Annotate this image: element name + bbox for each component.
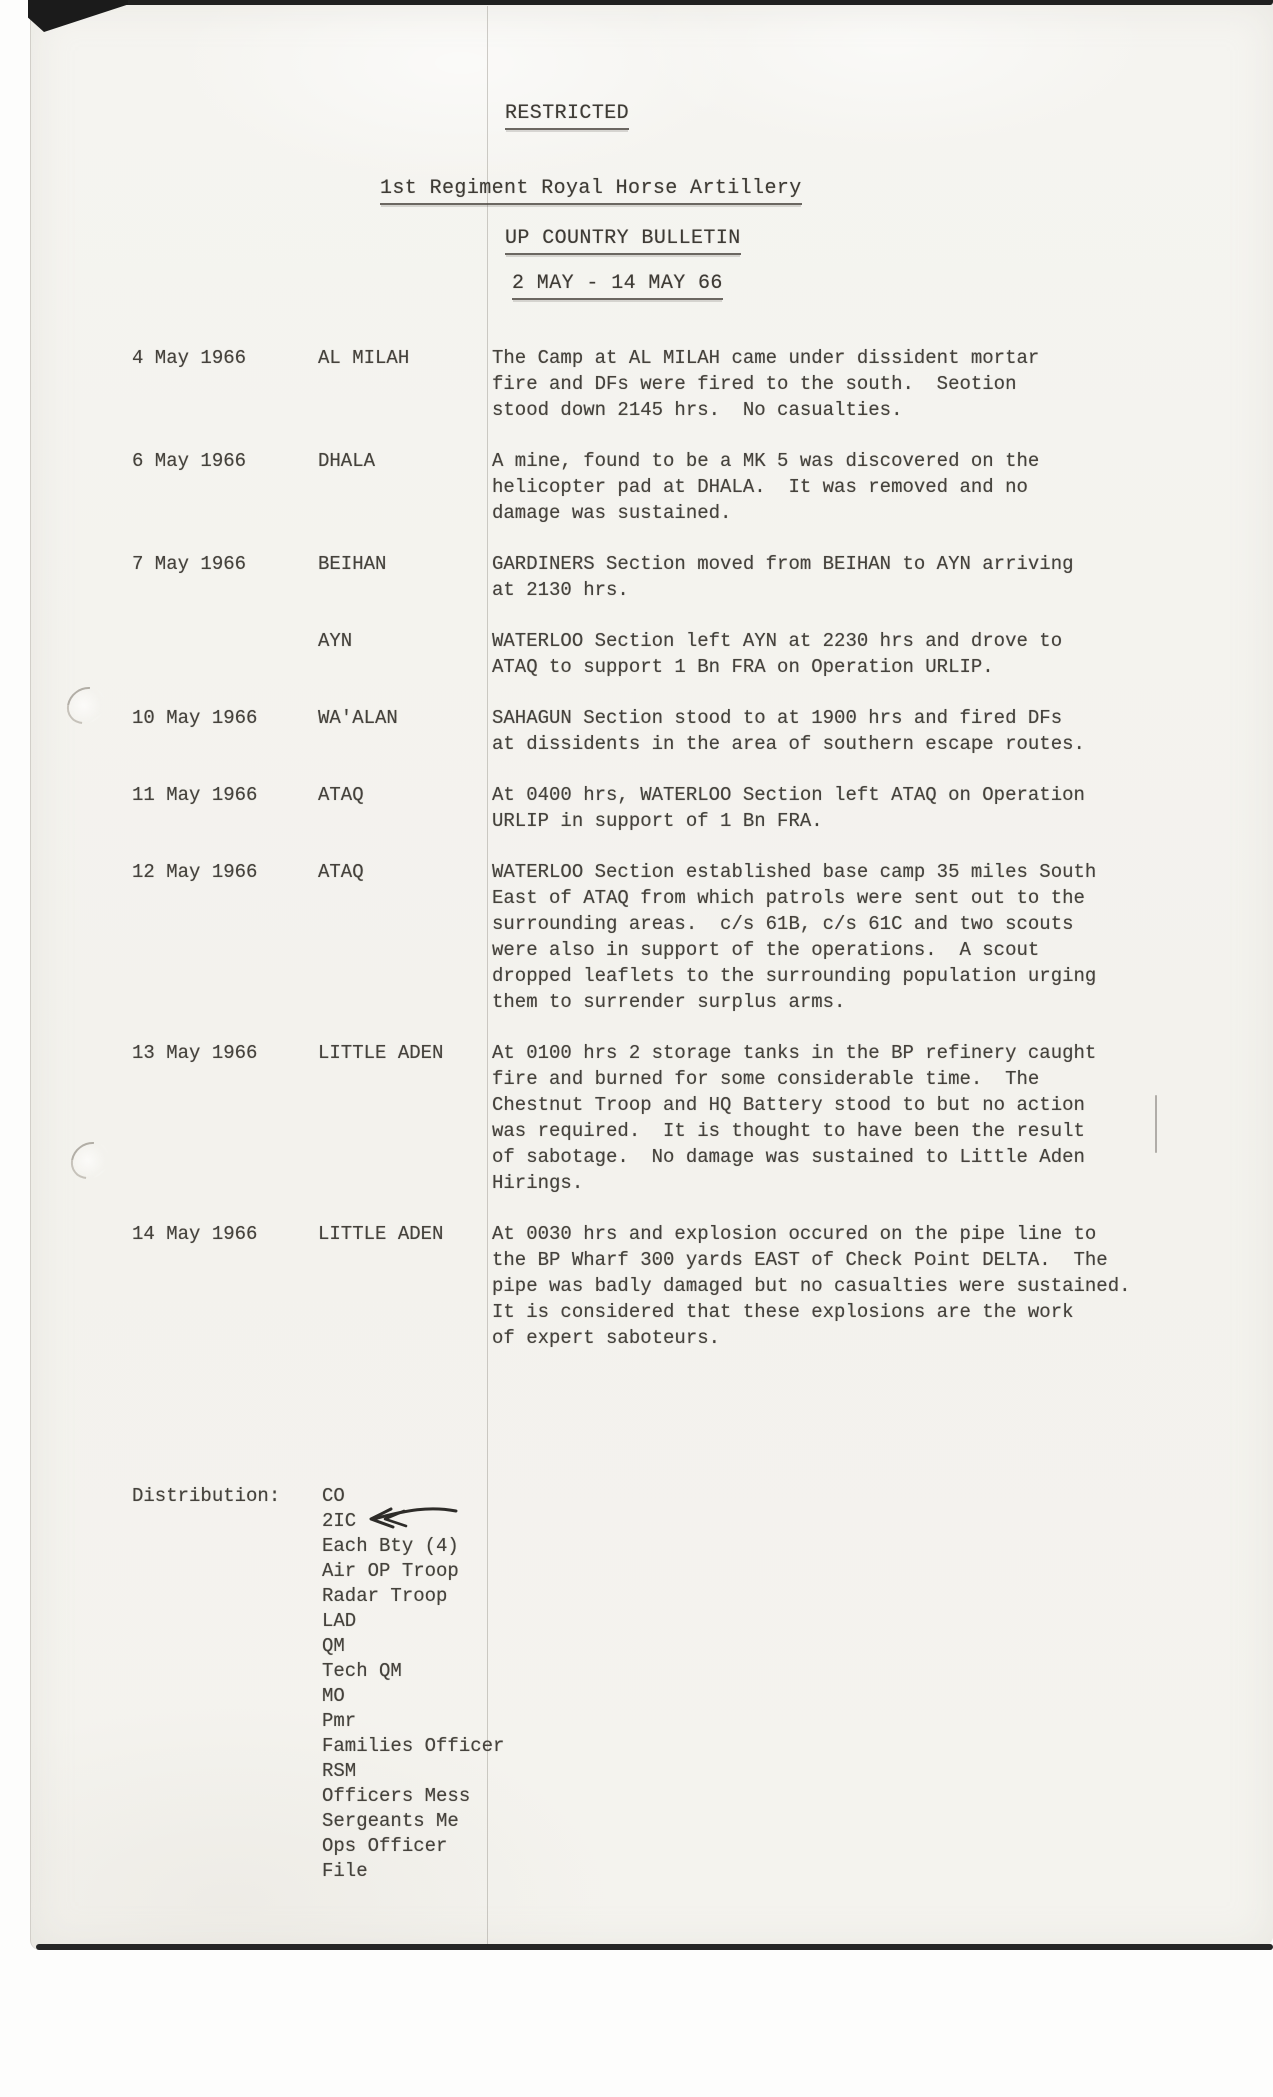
- distribution-item: RSM: [322, 1759, 504, 1784]
- scan-bottom-edge: [36, 1944, 1273, 1950]
- bulletin-entry: 6 May 1966 DHALA A mine, found to be a M…: [132, 448, 1192, 526]
- distribution-label: Distribution:: [132, 1484, 322, 1884]
- entry-date: 14 May 1966: [132, 1221, 318, 1351]
- bulletin-entry: 11 May 1966 ATAQ At 0400 hrs, WATERLOO S…: [132, 782, 1192, 834]
- handwritten-left-arrow-icon: [358, 1502, 462, 1534]
- entry-date: 4 May 1966: [132, 345, 318, 423]
- entry-location: LITTLE ADEN: [318, 1221, 492, 1351]
- entry-text: At 0400 hrs, WATERLOO Section left ATAQ …: [492, 782, 1172, 834]
- distribution-item: Officers Mess: [322, 1784, 504, 1809]
- classification-banner: RESTRICTED: [505, 102, 629, 130]
- distribution-item: QM: [322, 1634, 504, 1659]
- entry-text: WATERLOO Section left AYN at 2230 hrs an…: [492, 628, 1172, 680]
- entry-text: The Camp at AL MILAH came under dissiden…: [492, 345, 1172, 423]
- page-title: 1st Regiment Royal Horse Artillery: [380, 177, 802, 205]
- entry-date: 6 May 1966: [132, 448, 318, 526]
- entry-location: ATAQ: [318, 782, 492, 834]
- entry-text: At 0100 hrs 2 storage tanks in the BP re…: [492, 1040, 1172, 1196]
- date-range: 2 MAY - 14 MAY 66: [512, 272, 723, 300]
- scan-top-edge: [58, 0, 1273, 5]
- entry-location: LITTLE ADEN: [318, 1040, 492, 1196]
- entry-date: 12 May 1966: [132, 859, 318, 1015]
- distribution-item: Pmr: [322, 1709, 504, 1734]
- entry-location: DHALA: [318, 448, 492, 526]
- entry-date: 10 May 1966: [132, 705, 318, 757]
- entry-text: GARDINERS Section moved from BEIHAN to A…: [492, 551, 1172, 603]
- distribution-item: Ops Officer: [322, 1834, 504, 1859]
- entry-date: 11 May 1966: [132, 782, 318, 834]
- distribution-section: Distribution: CO 2IC Each Bty (4) Air OP…: [132, 1484, 504, 1884]
- entry-date: 7 May 1966: [132, 551, 318, 603]
- distribution-item: LAD: [322, 1609, 504, 1634]
- entry-location: AYN: [318, 628, 492, 680]
- entry-text: A mine, found to be a MK 5 was discovere…: [492, 448, 1172, 526]
- bulletin-entry: 4 May 1966 AL MILAH The Camp at AL MILAH…: [132, 345, 1192, 423]
- bulletin-entry: 13 May 1966 LITTLE ADEN At 0100 hrs 2 st…: [132, 1040, 1192, 1196]
- distribution-item: File: [322, 1859, 504, 1884]
- distribution-item: Radar Troop: [322, 1584, 504, 1609]
- distribution-item: Sergeants Me: [322, 1809, 504, 1834]
- entry-date: [132, 628, 318, 680]
- entry-location: ATAQ: [318, 859, 492, 1015]
- scanned-document: RESTRICTED 1st Regiment Royal Horse Arti…: [0, 0, 1273, 2097]
- distribution-item: Air OP Troop: [322, 1559, 504, 1584]
- distribution-item: MO: [322, 1684, 504, 1709]
- bulletin-entry: 10 May 1966 WA'ALAN SAHAGUN Section stoo…: [132, 705, 1192, 757]
- entry-date: 13 May 1966: [132, 1040, 318, 1196]
- bulletin-entry: AYN WATERLOO Section left AYN at 2230 hr…: [132, 628, 1192, 680]
- distribution-item: Tech QM: [322, 1659, 504, 1684]
- bulletin-entry: 12 May 1966 ATAQ WATERLOO Section establ…: [132, 859, 1192, 1015]
- distribution-item: Each Bty (4): [322, 1534, 504, 1559]
- distribution-list: CO 2IC Each Bty (4) Air OP Troop Radar T…: [322, 1484, 504, 1884]
- bulletin-entry: 7 May 1966 BEIHAN GARDINERS Section move…: [132, 551, 1192, 603]
- entry-text: WATERLOO Section established base camp 3…: [492, 859, 1172, 1015]
- bulletin-title: UP COUNTRY BULLETIN: [505, 227, 741, 255]
- bulletin-entries: 4 May 1966 AL MILAH The Camp at AL MILAH…: [132, 345, 1192, 1376]
- entry-text: At 0030 hrs and explosion occured on the…: [492, 1221, 1172, 1351]
- entry-location: WA'ALAN: [318, 705, 492, 757]
- bulletin-entry: 14 May 1966 LITTLE ADEN At 0030 hrs and …: [132, 1221, 1192, 1351]
- entry-location: BEIHAN: [318, 551, 492, 603]
- distribution-item: Families Officer: [322, 1734, 504, 1759]
- entry-location: AL MILAH: [318, 345, 492, 423]
- entry-text: SAHAGUN Section stood to at 1900 hrs and…: [492, 705, 1172, 757]
